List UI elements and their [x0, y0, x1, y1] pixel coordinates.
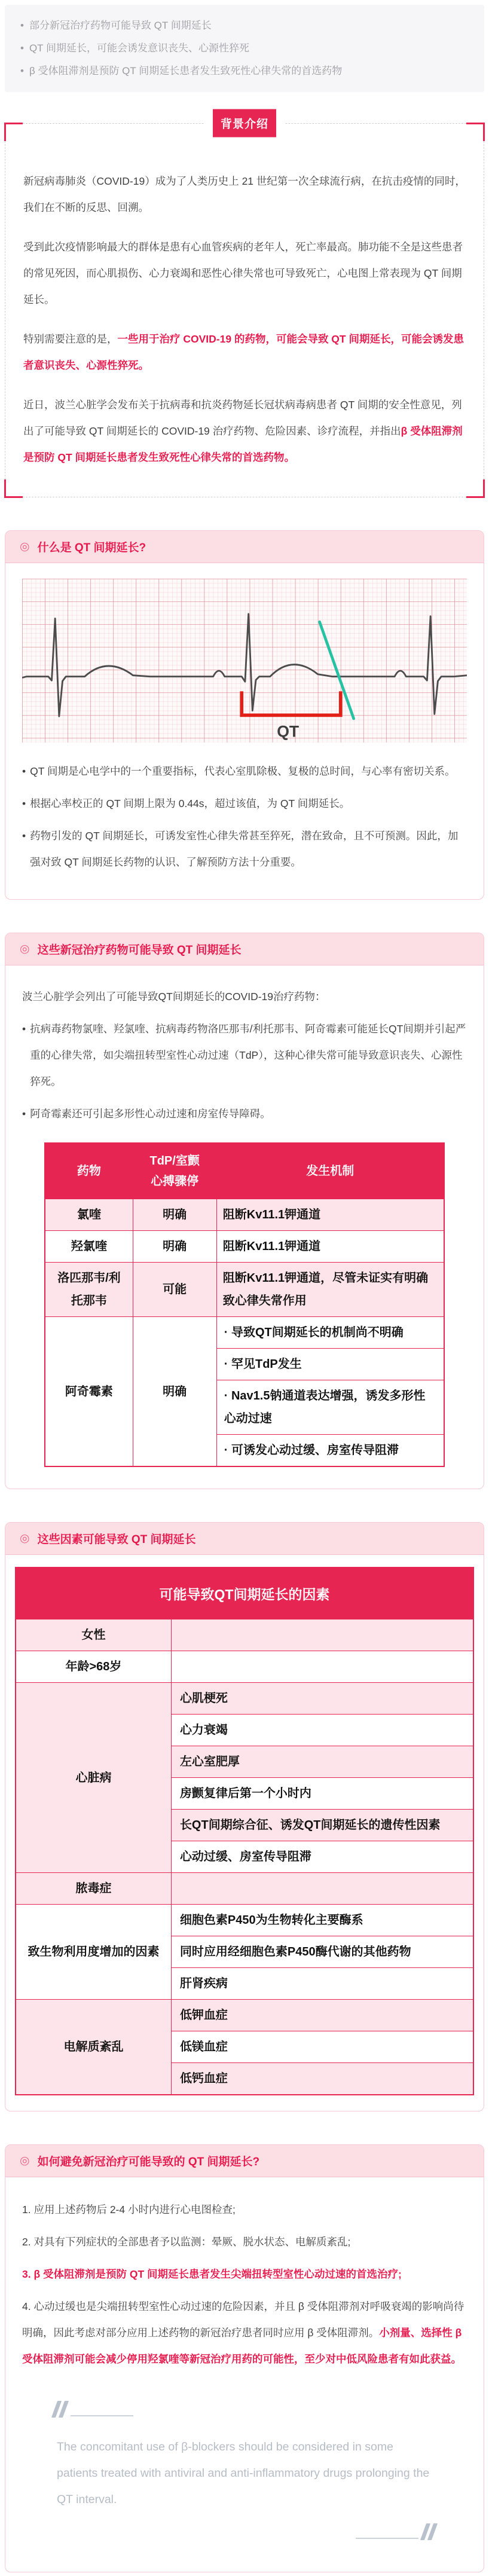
corner-bracket-icon: [4, 479, 23, 498]
column-header-line: 心搏骤停: [138, 1171, 212, 1191]
list-item: • 药物引发的 QT 间期延长，可诱发室性心律失常甚至猝死，潜在致命，且不可预测…: [22, 823, 467, 875]
quote-line: [71, 2415, 133, 2416]
table-row: 年龄>68岁: [16, 1651, 473, 1683]
detail-cell: 左心室肥厚: [171, 1746, 473, 1778]
dot-icon: ·: [224, 1444, 228, 1457]
paragraph-text: 近日，波兰心脏学会发布关于抗病毒和抗炎药物延长冠状病毒病患者 QT 间期的安全性…: [23, 399, 462, 437]
table-header-row: 药物 TdP/室颤 心搏骤停 发生机制: [45, 1143, 444, 1199]
risk-cell: 明确: [133, 1231, 216, 1263]
column-header-risk: TdP/室颤 心搏骤停: [133, 1143, 216, 1199]
section-risk-factors: ◎ 这些因素可能导致 QT 间期延长 可能导致QT间期延长的因素 女性 年龄>6…: [5, 1522, 484, 2111]
column-header-drug: 药物: [45, 1143, 133, 1199]
detail-cell: 心力衰竭: [171, 1715, 473, 1746]
column-header-line: TdP/室颤: [138, 1151, 212, 1171]
detail-cell: 肝肾疾病: [171, 1968, 473, 2000]
quote-text: The concomitant use of β-blockers should…: [29, 2434, 460, 2513]
quote-mark-open-icon: [54, 2401, 66, 2418]
paragraph-text: 特别需要注意的是，: [23, 333, 118, 345]
mechanism-cell: 阻断Kv11.1钾通道: [216, 1199, 444, 1231]
mechanism-text: Nav1.5钠通道表达增强，诱发多形性心动过速: [224, 1389, 426, 1425]
corner-bracket-icon: [466, 123, 485, 141]
step-item-emphasis: 3. β 受体阻滞剂是预防 QT 间期延长患者发生尖端扭转型室性心动过速的首选治…: [22, 2261, 467, 2287]
column-header-mechanism: 发生机制: [216, 1143, 444, 1199]
background-badge: 背景介绍: [213, 109, 276, 137]
list-item-text: 抗病毒药物氯喹、羟氯喹、抗病毒药物洛匹那韦/利托那韦、阿奇霉素可能延长QT间期并…: [30, 1016, 467, 1095]
factor-cell: 女性: [16, 1619, 171, 1651]
background-paragraph: 新冠病毒肺炎（COVID-19）成为了人类历史上 21 世纪第一次全球流行病，在…: [23, 168, 466, 221]
risk-factor-table: 可能导致QT间期延长的因素 女性 年龄>68岁 心脏病 心肌梗死: [15, 1567, 474, 2095]
detail-cell: 心动过缓、房室传导阻滞: [171, 1841, 473, 1873]
table-row: 羟氯喹 明确 阻断Kv11.1钾通道: [45, 1231, 444, 1263]
key-point: • QT 间期延长，可能会诱发意识丧失、心源性猝死: [20, 37, 469, 60]
mechanism-item: · 罕见TdP发生: [217, 1348, 444, 1380]
section-title: 什么是 QT 间期延长?: [38, 539, 146, 555]
section-title: 这些因素可能导致 QT 间期延长: [38, 1530, 196, 1547]
background-section: 背景介绍 新冠病毒肺炎（COVID-19）成为了人类历史上 21 世纪第一次全球…: [5, 123, 484, 497]
list-item-text: 药物引发的 QT 间期延长，可诱发室性心律失常甚至猝死，潜在致命，且不可预测。因…: [30, 823, 467, 875]
drug-cell: 洛匹那韦/利托那韦: [45, 1263, 133, 1317]
section-title: 如何避免新冠治疗可能导致的 QT 间期延长?: [38, 2153, 260, 2169]
ring-icon: ◎: [20, 943, 30, 955]
drug-cell: 羟氯喹: [45, 1231, 133, 1263]
factor-cell: 脓毒症: [16, 1873, 171, 1905]
intro-text: 波兰心脏学会列出了可能导致QT间期延长的COVID-19治疗药物：: [22, 983, 467, 1010]
background-paragraph: 近日，波兰心脏学会发布关于抗病毒和抗炎药物延长冠状病毒病患者 QT 间期的安全性…: [23, 392, 466, 470]
section-title: 这些新冠治疗药物可能导致 QT 间期延长: [38, 941, 242, 957]
table-title: 可能导致QT间期延长的因素: [16, 1567, 473, 1619]
key-point-text: β 受体阻滞剂是预防 QT 间期延长患者发生致死性心律失常的首选药物: [29, 60, 342, 82]
factor-cell: 电解质紊乱: [16, 2000, 171, 2095]
quote-line: [356, 2538, 418, 2539]
detail-cell: 低钙血症: [171, 2063, 473, 2095]
quote-close-decoration: [29, 2523, 460, 2543]
list-item: • QT 间期是心电学中的一个重要指标，代表心室肌除极、复极的总时间，与心率有密…: [22, 758, 467, 784]
section-header: ◎ 这些新冠治疗药物可能导致 QT 间期延长: [5, 933, 484, 965]
section-header: ◎ 如何避免新冠治疗可能导致的 QT 间期延长?: [5, 2145, 484, 2177]
background-paragraph: 受到此次疫情影响最大的群体是患有心血管疾病的老年人，死亡率最高。肺功能不全是这些…: [23, 234, 466, 313]
mechanism-cell: · 导致QT间期延长的机制尚不明确 · 罕见TdP发生 · Nav1.5钠通道表…: [216, 1317, 444, 1467]
ecg-grid: [22, 579, 467, 742]
list-item-text: QT 间期是心电学中的一个重要指标，代表心室肌除极、复极的总时间，与心率有密切关…: [30, 758, 455, 784]
factor-cell: 致生物利用度增加的因素: [16, 1905, 171, 2000]
list-item-text: 根据心率校正的 QT 间期上限为 0.44s，超过该值，为 QT 间期延长。: [30, 790, 350, 817]
drug-cell: 氯喹: [45, 1199, 133, 1231]
step-item: 4. 心动过缓也是尖端扭转型室性心动过速的危险因素，并且 β 受体阻滞剂对呼吸衰…: [22, 2293, 467, 2372]
ecg-image: QT: [22, 579, 467, 742]
section-what-is-qt: ◎ 什么是 QT 间期延长?: [5, 530, 484, 900]
detail-cell: 低钾血症: [171, 2000, 473, 2031]
list-item: • 抗病毒药物氯喹、羟氯喹、抗病毒药物洛匹那韦/利托那韦、阿奇霉素可能延长QT间…: [22, 1016, 467, 1095]
corner-bracket-icon: [4, 123, 23, 141]
mechanism-item: · Nav1.5钠通道表达增强，诱发多形性心动过速: [217, 1380, 444, 1434]
factor-cell: 心脏病: [16, 1683, 171, 1873]
mechanism-cell: 阻断Kv11.1钾通道，尽管未证实有明确致心律失常作用: [216, 1263, 444, 1317]
drug-table: 药物 TdP/室颤 心搏骤停 发生机制 氯喹 明确 阻断Kv11.1钾通道: [44, 1142, 445, 1467]
detail-cell: 长QT间期综合征、诱发QT间期延长的遗传性因素: [171, 1810, 473, 1841]
bullet-icon: •: [22, 1101, 26, 1127]
section-header: ◎ 什么是 QT 间期延长?: [5, 531, 484, 563]
key-point: • β 受体阻滞剂是预防 QT 间期延长患者发生致死性心律失常的首选药物: [20, 60, 469, 82]
step-item: 2. 对具有下列症状的全部患者予以监测：晕厥、脱水状态、电解质紊乱;: [22, 2229, 467, 2255]
section-how-to-avoid: ◎ 如何避免新冠治疗可能导致的 QT 间期延长? 1. 应用上述药物后 2-4 …: [5, 2144, 484, 2572]
detail-cell: 房颤复律后第一个小时内: [171, 1778, 473, 1810]
list-item-text: 阿奇霉素还可引起多形性心动过速和房室传导障碍。: [30, 1101, 271, 1127]
bullet-icon: •: [20, 37, 24, 60]
factor-cell: 年龄>68岁: [16, 1651, 171, 1683]
table-header-row: 可能导致QT间期延长的因素: [16, 1567, 473, 1619]
bullet-icon: •: [22, 790, 26, 817]
table-row: 脓毒症: [16, 1873, 473, 1905]
section-body: 可能导致QT间期延长的因素 女性 年龄>68岁 心脏病 心肌梗死: [5, 1555, 484, 2111]
key-point: • 部分新冠治疗药物可能导致 QT 间期延长: [20, 14, 469, 37]
bullet-icon: •: [22, 1016, 26, 1095]
list-item: • 阿奇霉素还可引起多形性心动过速和房室传导障碍。: [22, 1101, 467, 1127]
dot-icon: ·: [224, 1389, 228, 1402]
dot-icon: ·: [224, 1358, 228, 1371]
detail-cell: [171, 1619, 473, 1651]
quote-block: The concomitant use of β-blockers should…: [29, 2401, 460, 2543]
section-drugs: ◎ 这些新冠治疗药物可能导致 QT 间期延长 波兰心脏学会列出了可能导致QT间期…: [5, 933, 484, 1489]
key-point-text: 部分新冠治疗药物可能导致 QT 间期延长: [29, 14, 212, 37]
key-points-box: • 部分新冠治疗药物可能导致 QT 间期延长 • QT 间期延长，可能会诱发意识…: [5, 5, 484, 92]
drug-cell: 阿奇霉素: [45, 1317, 133, 1467]
corner-bracket-icon: [466, 479, 485, 498]
mechanism-text: 导致QT间期延长的机制尚不明确: [231, 1326, 404, 1339]
qt-label: QT: [277, 722, 299, 740]
bullet-icon: •: [22, 758, 26, 784]
table-row: 氯喹 明确 阻断Kv11.1钾通道: [45, 1199, 444, 1231]
table-row: 洛匹那韦/利托那韦 可能 阻断Kv11.1钾通道，尽管未证实有明确致心律失常作用: [45, 1263, 444, 1317]
bullet-icon: •: [20, 14, 24, 37]
risk-cell: 可能: [133, 1263, 216, 1317]
ring-icon: ◎: [20, 541, 30, 552]
table-row: 电解质紊乱 低钾血症: [16, 2000, 473, 2031]
ring-icon: ◎: [20, 1533, 30, 1544]
table-row: 心脏病 心肌梗死: [16, 1683, 473, 1715]
step-item: 1. 应用上述药物后 2-4 小时内进行心电图检查;: [22, 2196, 467, 2223]
detail-cell: [171, 1651, 473, 1683]
detail-cell: 细胞色素P450为生物转化主要酶系: [171, 1905, 473, 1936]
detail-cell: 同时应用经细胞色素P450酶代谢的其他药物: [171, 1936, 473, 1968]
risk-cell: 明确: [133, 1199, 216, 1231]
table-row: 阿奇霉素 明确 · 导致QT间期延长的机制尚不明确 · 罕见TdP发生 · Na…: [45, 1317, 444, 1467]
table-row: 女性: [16, 1619, 473, 1651]
detail-cell: [171, 1873, 473, 1905]
mechanism-text: 可诱发心动过缓、房室传导阻滞: [231, 1444, 399, 1457]
dot-icon: ·: [224, 1326, 228, 1339]
section-body: 波兰心脏学会列出了可能导致QT间期延长的COVID-19治疗药物： • 抗病毒药…: [5, 965, 484, 1489]
quote-mark-close-icon: [423, 2523, 435, 2540]
detail-cell: 低镁血症: [171, 2031, 473, 2063]
mechanism-item: · 可诱发心动过缓、房室传导阻滞: [217, 1434, 444, 1466]
article-page: • 部分新冠治疗药物可能导致 QT 间期延长 • QT 间期延长，可能会诱发意识…: [0, 0, 489, 2576]
bullet-icon: •: [22, 823, 26, 875]
bullet-icon: •: [20, 60, 24, 82]
mechanism-cell: 阻断Kv11.1钾通道: [216, 1231, 444, 1263]
background-box: 新冠病毒肺炎（COVID-19）成为了人类历史上 21 世纪第一次全球流行病，在…: [5, 123, 484, 497]
key-point-text: QT 间期延长，可能会诱发意识丧失、心源性猝死: [29, 37, 249, 60]
mechanism-item: · 导致QT间期延长的机制尚不明确: [217, 1317, 444, 1348]
table-row: 致生物利用度增加的因素 细胞色素P450为生物转化主要酶系: [16, 1905, 473, 1936]
quote-open-decoration: [29, 2401, 460, 2421]
section-body: 1. 应用上述药物后 2-4 小时内进行心电图检查; 2. 对具有下列症状的全部…: [5, 2177, 484, 2572]
background-paragraph: 特别需要注意的是，一些用于治疗 COVID-19 的药物，可能会导致 QT 间期…: [23, 326, 466, 378]
detail-cell: 心肌梗死: [171, 1683, 473, 1715]
background-badge-holder: 背景介绍: [204, 109, 285, 137]
section-body: QT • QT 间期是心电学中的一个重要指标，代表心室肌除极、复极的总时间，与心…: [5, 563, 484, 899]
list-item: • 根据心率校正的 QT 间期上限为 0.44s，超过该值，为 QT 间期延长。: [22, 790, 467, 817]
risk-cell: 明确: [133, 1317, 216, 1467]
section-header: ◎ 这些因素可能导致 QT 间期延长: [5, 1523, 484, 1555]
mechanism-text: 罕见TdP发生: [231, 1358, 302, 1371]
ring-icon: ◎: [20, 2155, 30, 2166]
